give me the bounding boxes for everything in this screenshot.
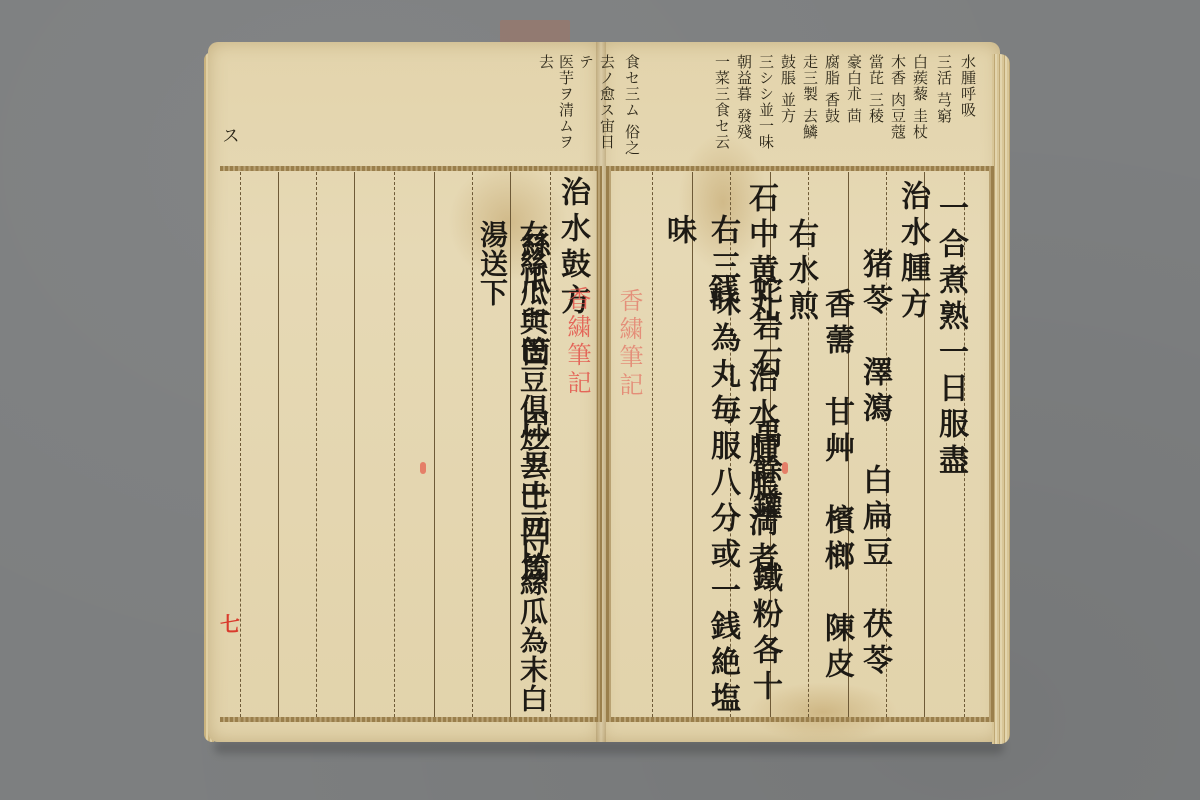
margin-note: 医芋ヲ清ムヲ xyxy=(556,54,577,164)
margin-note: 豪白朮 茴 xyxy=(844,54,865,164)
margin-note: 當芘 三稜 xyxy=(866,54,887,164)
red-seal-annotation: 香繍筆記 xyxy=(560,286,595,426)
text-column: 一合煮熟一日服盡 xyxy=(928,192,972,712)
margin-note: 去ノ愈ス宙日テ xyxy=(576,54,618,164)
column-rule xyxy=(434,172,435,717)
column-rule xyxy=(354,172,355,717)
page-number: 七 xyxy=(220,608,240,637)
margin-note: 一菜三食セ云 xyxy=(712,54,733,164)
text-column-heading: 治水腫方 xyxy=(890,180,934,700)
column-rule xyxy=(652,172,653,717)
margin-note: 鼓脹 並方 xyxy=(778,54,799,164)
column-rule xyxy=(278,172,279,717)
margin-note: 腐脂 香鼓 xyxy=(822,54,843,164)
corner-mark: ス xyxy=(216,126,242,186)
margin-note: 食セ三ム 俗之 xyxy=(622,54,643,164)
margin-note: 朝益暮 發殘 xyxy=(734,54,755,164)
text-column: 猪苓 澤瀉 白扁豆 茯苓 xyxy=(852,248,896,708)
red-ink-dot xyxy=(782,462,788,474)
column-rule xyxy=(394,172,395,717)
red-seal-annotation: 香繍筆記 xyxy=(612,288,647,418)
column-rule xyxy=(316,172,317,717)
right-page-edges xyxy=(992,54,1010,744)
red-ink-dot xyxy=(420,462,426,474)
margin-note: 木香 肉豆蔻 xyxy=(888,54,909,164)
text-column: 右三味為丸毎服八分或一銭絶塩味 xyxy=(656,214,744,734)
margin-note: 去 xyxy=(536,54,557,94)
margin-note: 水腫呼吸 xyxy=(958,54,979,164)
margin-note: 走三製 去鱗 xyxy=(800,54,821,164)
column-rule xyxy=(240,172,241,717)
margin-note: 白蒺藜 圭杖 xyxy=(910,54,931,164)
text-column: 右絲瓜與巴豆倶炒去巴豆以絲瓜為末白湯送下 xyxy=(472,220,552,730)
margin-note: 三活 芎窮 xyxy=(934,54,955,164)
open-book: 水腫呼吸 三活 芎窮 白蒺藜 圭杖 木香 肉豆蔻 當芘 三稜 豪白朮 茴 腐脂 … xyxy=(208,42,1008,754)
margin-note: 三シシ並一味 xyxy=(756,54,777,164)
